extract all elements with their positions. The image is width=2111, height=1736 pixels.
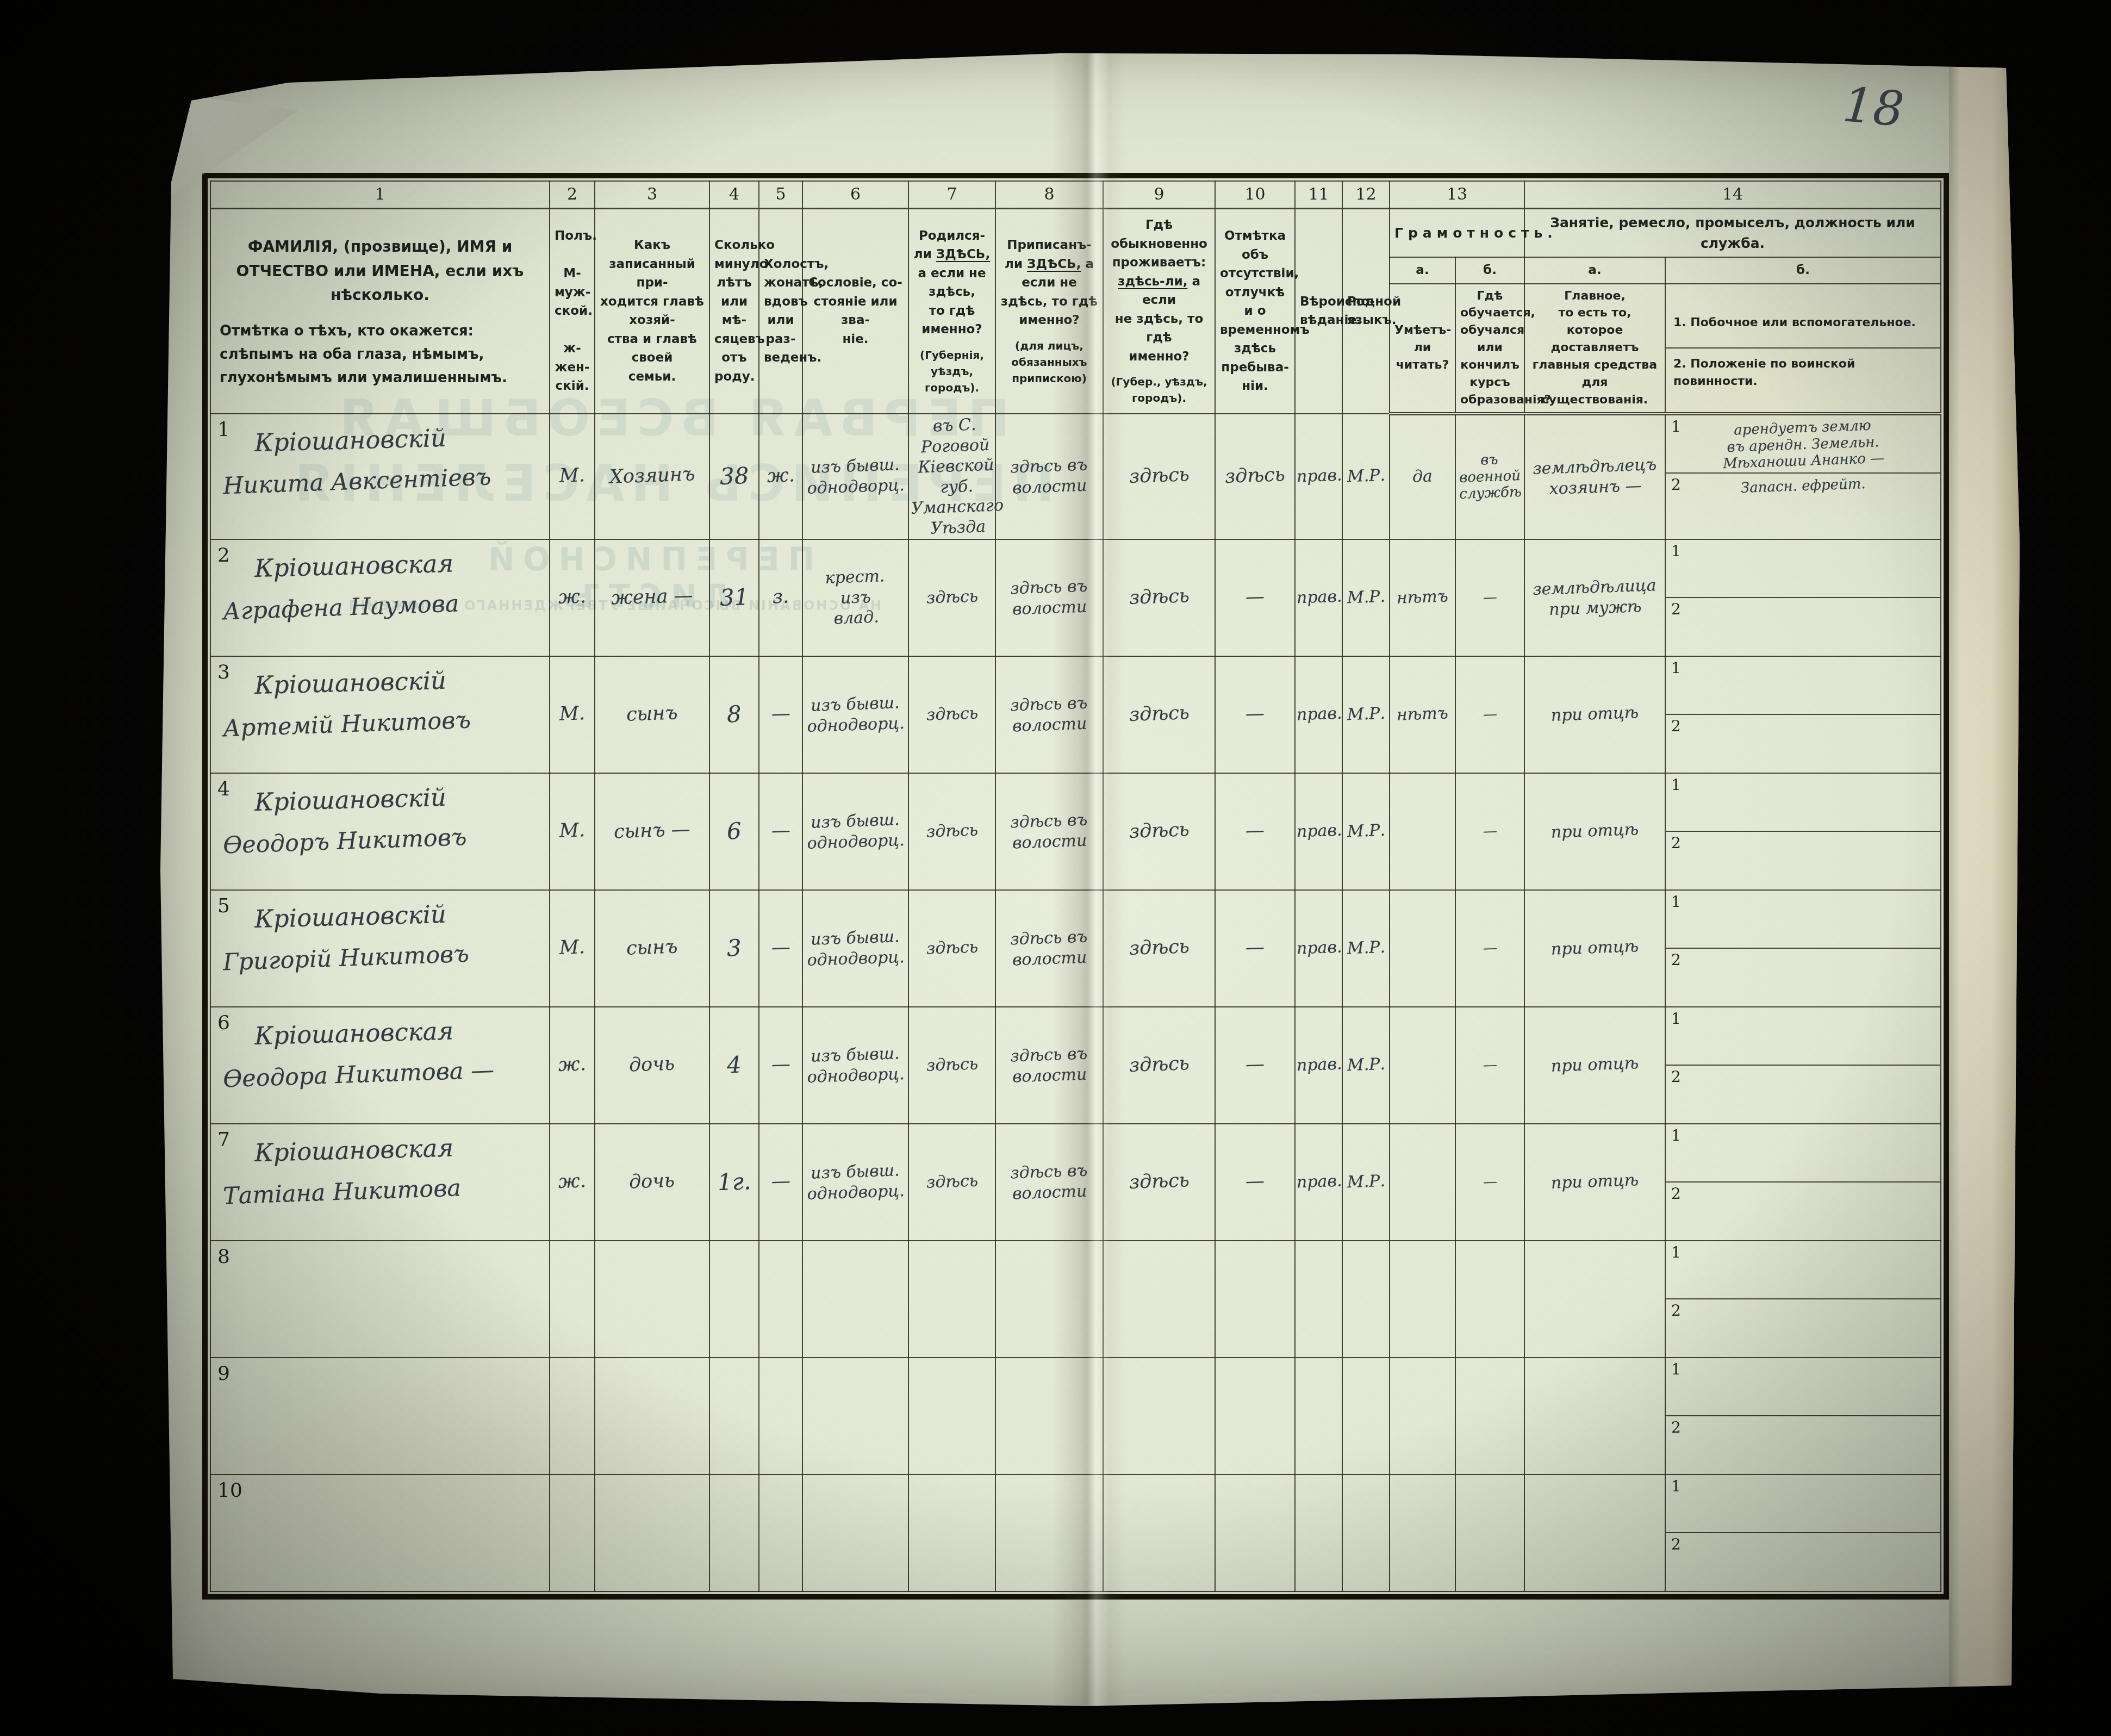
subheader-b: б. <box>1665 257 1941 284</box>
birthplace-cell: здѣсь <box>908 656 995 773</box>
given-name: Ѳеодоръ Никитовъ <box>222 820 549 861</box>
birthplace-cell: въ С. Роговой Кіевской губ. Уманскаго Уѣ… <box>908 414 995 539</box>
subrow-number: 1 <box>1671 893 1681 911</box>
surname <box>254 1247 548 1255</box>
given-name: Григорій Никитовъ <box>222 937 549 978</box>
side-occupation-2: 2 <box>1666 1416 1940 1473</box>
estate-cell: крест. изъ влад. <box>802 539 908 656</box>
header-registered-paren: (для лицъ, обязанныхъ припискою) <box>1000 338 1098 387</box>
subrow-number: 1 <box>1671 659 1681 677</box>
registered-cell <box>995 1474 1103 1591</box>
subrow-number: 2 <box>1671 1535 1681 1553</box>
col-number: 12 <box>1342 181 1390 209</box>
age-cell <box>709 1358 759 1474</box>
relation-cell: дочь <box>595 1124 709 1241</box>
education-cell: — <box>1455 890 1524 1007</box>
sex-cell <box>550 1474 595 1591</box>
registered-cell: здѣсь въ волости <box>995 1124 1103 1241</box>
age-cell: 4 <box>709 1007 759 1124</box>
literacy-cell <box>1390 1358 1455 1474</box>
given-name <box>223 1248 548 1260</box>
header-residence-underlined: здѣсь-ли, <box>1118 275 1187 289</box>
religion-cell: прав. <box>1295 1124 1342 1241</box>
census-sheet: ПЕРВАЯ ВСЕОБЩАЯ ПЕРЕПИСЬ НАСЕЛЕНІЯ ПЕРЕП… <box>155 49 2028 1715</box>
row-number: 1 <box>217 419 230 441</box>
side-occupation-1: 1арендуетъ землю въ арендн. Земельн. Мѣх… <box>1666 415 1940 474</box>
subrow-number: 2 <box>1671 476 1681 494</box>
occupation-main-cell <box>1524 1241 1665 1358</box>
given-name: Ѳеодора Никитова — <box>222 1054 549 1095</box>
literacy-cell <box>1390 773 1455 890</box>
header-literacy-group: Грамотность. <box>1390 209 1524 258</box>
sex-cell: ж. <box>550 1124 595 1241</box>
literacy-cell: да <box>1390 414 1455 539</box>
column-headers-row: ФАМИЛІЯ, (прозвище), ИМЯ и ОТЧЕСТВО или … <box>210 209 1941 258</box>
marital-cell: — <box>759 656 802 773</box>
education-cell: — <box>1455 773 1524 890</box>
subrow-number: 2 <box>1671 951 1681 969</box>
given-name: Аграфена Наумова <box>222 587 549 627</box>
census-row: 1КріошановскійНикита Авксентіевъ М. Хозя… <box>210 414 1941 539</box>
registered-cell <box>995 1241 1103 1358</box>
language-cell: М.Р. <box>1342 1124 1390 1241</box>
header-occupation-main: Главное, то есть то, которое доставляетъ… <box>1524 284 1665 414</box>
census-row: 5КріошановскійГригорій Никитовъ М. сынъ … <box>210 890 1941 1007</box>
header-religion: Вѣроиспо- вѣданіе. <box>1295 209 1342 414</box>
education-cell: — <box>1455 1124 1524 1241</box>
residence-cell: здѣсь <box>1103 890 1215 1007</box>
column-numbers-row: 1 2 3 4 5 6 7 8 9 10 11 12 13 14 <box>210 181 1941 209</box>
occupation-side-cell: 1 2 <box>1665 1124 1941 1241</box>
underlying-page-edge <box>1949 66 2026 1689</box>
relation-cell: дочь <box>595 1007 709 1124</box>
absence-cell: — <box>1215 890 1295 1007</box>
header-absence: Отмѣтка объ отсутствіи, отлучкѣ и о врем… <box>1215 209 1295 414</box>
subrow-number: 1 <box>1671 1010 1681 1028</box>
residence-cell: здѣсь <box>1103 1007 1215 1124</box>
header-age: Сколько минуло лѣтъ или мѣ- сяцевъ отъ р… <box>709 209 759 414</box>
estate-cell: изъ бывш. однодворц. <box>802 1007 908 1124</box>
header-name-note: Отмѣтка о тѣхъ, кто окажется: слѣпымъ на… <box>220 320 540 390</box>
col-number: 11 <box>1295 181 1342 209</box>
header-birthplace: Родился-ли ЗДѢСЬ, а если не здѣсь, то гд… <box>908 209 995 414</box>
registered-cell: здѣсь въ волости <box>995 539 1103 656</box>
estate-cell: изъ бывш. однодворц. <box>802 1124 908 1241</box>
subrow-number: 1 <box>1671 418 1681 435</box>
language-cell <box>1342 1241 1390 1358</box>
sex-cell: ж. <box>550 539 595 656</box>
header-residence-paren: (Губер., уѣздъ, городъ). <box>1108 374 1210 406</box>
header-registered-underlined: ЗДѢСЬ, <box>1027 257 1081 271</box>
occupation-main-cell: при отцѣ <box>1524 890 1665 1007</box>
relation-cell: сынъ — <box>595 773 709 890</box>
row-number: 9 <box>217 1362 230 1385</box>
birthplace-cell <box>908 1358 995 1474</box>
estate-cell: изъ бывш. однодворц. <box>802 890 908 1007</box>
estate-cell <box>802 1358 908 1474</box>
occupation-main-cell: землѣдѣлица при мужѣ <box>1524 539 1665 656</box>
occupation-main-cell <box>1524 1474 1665 1591</box>
absence-cell: — <box>1215 539 1295 656</box>
side-occupation-1: 1 <box>1666 657 1940 715</box>
residence-cell <box>1103 1474 1215 1591</box>
education-cell: — <box>1455 656 1524 773</box>
absence-cell: — <box>1215 656 1295 773</box>
side-occupation-1: 1 <box>1666 891 1940 949</box>
col-number: 6 <box>802 181 908 209</box>
side-occupation-2: 2 <box>1666 832 1940 889</box>
occupation-main-cell: землѣдѣлецъ хозяинъ — <box>1524 414 1665 539</box>
header-name-main: ФАМИЛІЯ, (прозвище), ИМЯ и ОТЧЕСТВО или … <box>219 235 541 308</box>
subrow-number: 2 <box>1671 1185 1681 1203</box>
subrow-number: 2 <box>1671 834 1681 852</box>
name-cell: 1КріошановскійНикита Авксентіевъ <box>210 414 550 539</box>
name-cell: 7КріошановскаяТатіана Никитова <box>210 1124 550 1241</box>
occupation-main-cell: при отцѣ <box>1524 656 1665 773</box>
relation-cell <box>595 1474 709 1591</box>
given-name <box>223 1482 548 1494</box>
surname: Кріошановская <box>254 1013 548 1051</box>
residence-cell: здѣсь <box>1103 1124 1215 1241</box>
name-cell: 3КріошановскійАртемій Никитовъ <box>210 656 550 773</box>
religion-cell <box>1295 1241 1342 1358</box>
birthplace-cell: здѣсь <box>908 1124 995 1241</box>
row-number: 10 <box>217 1479 242 1502</box>
header-birthplace-underlined: ЗДѢСЬ, <box>936 247 990 262</box>
absence-cell: здѣсь <box>1215 414 1295 539</box>
literacy-cell: нѣтъ <box>1390 656 1455 773</box>
education-cell <box>1455 1474 1524 1591</box>
side-occupation-2: 2 <box>1666 1533 1940 1590</box>
col-number: 1 <box>210 181 550 209</box>
row-number: 5 <box>217 895 230 917</box>
given-name: Никита Авксентіевъ <box>222 461 549 502</box>
religion-cell: прав. <box>1295 414 1342 539</box>
literacy-cell: нѣтъ <box>1390 539 1455 656</box>
registered-cell: здѣсь въ волости <box>995 890 1103 1007</box>
header-estate: Сословіе, со- стояніе или зва- ніе. <box>802 209 908 414</box>
relation-cell: сынъ <box>595 890 709 1007</box>
surname: Кріошановскій <box>254 663 548 701</box>
header-occupation-group: Занятіе, ремесло, промыселъ, должность и… <box>1524 209 1941 258</box>
marital-cell <box>759 1358 802 1474</box>
surname: Кріошановскій <box>254 780 548 818</box>
occupation-main-cell <box>1524 1358 1665 1474</box>
occupation-side-cell: 1 2 <box>1665 773 1941 890</box>
relation-cell <box>595 1358 709 1474</box>
age-cell: 1г. <box>709 1124 759 1241</box>
residence-cell <box>1103 1358 1215 1474</box>
side-occupation-1: 1 <box>1666 1358 1940 1416</box>
name-cell: 4КріошановскійѲеодоръ Никитовъ <box>210 773 550 890</box>
subrow-number: 1 <box>1671 1243 1681 1261</box>
row-number: 6 <box>217 1012 230 1034</box>
age-cell <box>709 1474 759 1591</box>
education-cell <box>1455 1358 1524 1474</box>
religion-cell: прав. <box>1295 539 1342 656</box>
header-registered: Приписанъ-ли ЗДѢСЬ, а если не здѣсь, то … <box>995 209 1103 414</box>
side-occupation-1: 1 <box>1666 1007 1940 1066</box>
col-number: 2 <box>550 181 595 209</box>
occupation-side-cell: 1 2 <box>1665 539 1941 656</box>
relation-cell: жена — <box>595 539 709 656</box>
religion-cell <box>1295 1474 1342 1591</box>
registered-cell: здѣсь въ волости <box>995 414 1103 539</box>
sex-cell: ж. <box>550 1007 595 1124</box>
subrow-number: 1 <box>1671 1477 1681 1495</box>
col-number: 4 <box>709 181 759 209</box>
subrow-number: 2 <box>1671 600 1681 618</box>
absence-cell <box>1215 1358 1295 1474</box>
age-cell: 3 <box>709 890 759 1007</box>
header-birthplace-text: а если не здѣсь, то гдѣ именно? <box>918 266 986 337</box>
side-occupation-1: 1 <box>1666 774 1940 832</box>
registered-cell: здѣсь въ волости <box>995 773 1103 890</box>
marital-cell <box>759 1241 802 1358</box>
residence-cell: здѣсь <box>1103 539 1215 656</box>
religion-cell: прав. <box>1295 773 1342 890</box>
given-name <box>223 1365 548 1377</box>
subrow-number: 2 <box>1671 717 1681 735</box>
census-row: 6КріошановскаяѲеодора Никитова — ж. дочь… <box>210 1007 1941 1124</box>
side-occupation-1: 1 <box>1666 1124 1940 1183</box>
registered-cell: здѣсь въ волости <box>995 656 1103 773</box>
relation-cell: сынъ <box>595 656 709 773</box>
census-row: 9 <box>210 1358 1941 1474</box>
census-grid: 1 2 3 4 5 6 7 8 9 10 11 12 13 14 <box>210 181 1941 1592</box>
absence-cell: — <box>1215 773 1295 890</box>
occupation-side-cell: 1 2 <box>1665 656 1941 773</box>
marital-cell: — <box>759 1007 802 1124</box>
census-row: 4КріошановскійѲеодоръ Никитовъ М. сынъ —… <box>210 773 1941 890</box>
subrow-number: 2 <box>1671 1418 1681 1436</box>
education-cell: въ военной службѣ <box>1455 414 1524 539</box>
language-cell: М.Р. <box>1342 414 1390 539</box>
col-number: 7 <box>908 181 995 209</box>
education-cell: — <box>1455 1007 1524 1124</box>
residence-cell: здѣсь <box>1103 656 1215 773</box>
subheader-a: а. <box>1524 257 1665 284</box>
religion-cell: прав. <box>1295 1007 1342 1124</box>
header-birthplace-paren: (Губернія, уѣздъ, городъ). <box>913 347 991 396</box>
literacy-cell <box>1390 1124 1455 1241</box>
language-cell: М.Р. <box>1342 1007 1390 1124</box>
surname: Кріошановская <box>254 1130 548 1168</box>
sex-cell: М. <box>550 656 595 773</box>
census-row: 2КріошановскаяАграфена Наумова ж. жена —… <box>210 539 1941 656</box>
occupation-side-cell: 1 2 <box>1665 1474 1941 1591</box>
occupation-main-cell: при отцѣ <box>1524 773 1665 890</box>
estate-cell <box>802 1474 908 1591</box>
birthplace-cell <box>908 1241 995 1358</box>
relation-cell: Хозяинъ <box>595 414 709 539</box>
side-occupation-2: 2 <box>1666 598 1940 655</box>
residence-cell: здѣсь <box>1103 773 1215 890</box>
absence-cell: — <box>1215 1124 1295 1241</box>
census-row: 3КріошановскійАртемій Никитовъ М. сынъ 8… <box>210 656 1941 773</box>
education-cell <box>1455 1241 1524 1358</box>
header-relation: Какъ записанный при- ходится главѣ хозяй… <box>595 209 709 414</box>
residence-cell: здѣсь <box>1103 414 1215 539</box>
absence-cell <box>1215 1241 1295 1358</box>
literacy-cell <box>1390 1007 1455 1124</box>
subrow-number: 1 <box>1671 1360 1681 1378</box>
estate-cell <box>802 1241 908 1358</box>
absence-cell <box>1215 1474 1295 1591</box>
birthplace-cell: здѣсь <box>908 539 995 656</box>
relation-cell <box>595 1241 709 1358</box>
surname <box>254 1364 548 1372</box>
col-number: 10 <box>1215 181 1295 209</box>
age-cell: 8 <box>709 656 759 773</box>
census-row: 7КріошановскаяТатіана Никитова ж. дочь 1… <box>210 1124 1941 1241</box>
estate-cell: изъ бывш. однодворц. <box>802 656 908 773</box>
surname: Кріошановская <box>254 546 548 584</box>
registered-cell <box>995 1358 1103 1474</box>
side-occupation-2: 2 <box>1666 715 1940 772</box>
row-number: 3 <box>217 661 230 683</box>
name-cell: 8 <box>210 1241 550 1358</box>
birthplace-cell: здѣсь <box>908 773 995 890</box>
row-number: 7 <box>217 1129 230 1151</box>
occupation-side-cell: 1 2 <box>1665 1358 1941 1474</box>
side-occupation-1: 1 <box>1666 1241 1940 1299</box>
subheader-b: б. <box>1455 257 1524 284</box>
header-name: ФАМИЛІЯ, (прозвище), ИМЯ и ОТЧЕСТВО или … <box>210 209 550 414</box>
birthplace-cell: здѣсь <box>908 890 995 1007</box>
col-number: 5 <box>759 181 802 209</box>
birthplace-cell <box>908 1474 995 1591</box>
col-number: 8 <box>995 181 1103 209</box>
occupation-main-cell: при отцѣ <box>1524 1124 1665 1241</box>
marital-cell <box>759 1474 802 1591</box>
col-number: 3 <box>595 181 709 209</box>
subrow-number: 2 <box>1671 1068 1681 1086</box>
estate-cell: изъ бывш. однодворц. <box>802 414 908 539</box>
age-cell: 6 <box>709 773 759 890</box>
side-occupation-2: 2 <box>1666 1299 1940 1357</box>
sex-cell: М. <box>550 414 595 539</box>
header-language: Родной языкъ. <box>1342 209 1390 414</box>
education-cell: — <box>1455 539 1524 656</box>
marital-cell: ж. <box>759 414 802 539</box>
side-occupation-2: 2Запасн. ефрейт. <box>1666 474 1940 531</box>
surname <box>254 1481 548 1489</box>
name-cell: 6КріошановскаяѲеодора Никитова — <box>210 1007 550 1124</box>
occupation-side-cell: 1 2 <box>1665 1241 1941 1358</box>
header-residence-text: Гдѣ обыкновенно проживаетъ: <box>1111 218 1207 270</box>
religion-cell: прав. <box>1295 890 1342 1007</box>
photo-background: ПЕРВАЯ ВСЕОБЩАЯ ПЕРЕПИСЬ НАСЕЛЕНІЯ ПЕРЕП… <box>0 0 2111 1736</box>
estate-cell: изъ бывш. однодворц. <box>802 773 908 890</box>
language-cell <box>1342 1474 1390 1591</box>
row-number: 4 <box>217 778 230 800</box>
surname: Кріошановскій <box>254 897 548 935</box>
row-number: 2 <box>217 544 230 567</box>
header-occupation-side: 1. Побочное или вспомогательное. 2. Поло… <box>1665 284 1941 414</box>
religion-cell <box>1295 1358 1342 1474</box>
name-cell: 10 <box>210 1474 550 1591</box>
literacy-cell <box>1390 1474 1455 1591</box>
occupation-side-cell: 1 2 <box>1665 1007 1941 1124</box>
language-cell: М.Р. <box>1342 656 1390 773</box>
subrow-number: 1 <box>1671 542 1681 560</box>
surname: Кріошановскій <box>254 420 548 458</box>
literacy-cell <box>1390 890 1455 1007</box>
marital-cell: — <box>759 1124 802 1241</box>
name-cell: 2КріошановскаяАграфена Наумова <box>210 539 550 656</box>
age-cell <box>709 1241 759 1358</box>
side-occupation-1: 1 <box>1666 540 1940 598</box>
side-occupation-2: 2 <box>1666 949 1940 1006</box>
col-number: 13 <box>1390 181 1524 209</box>
birthplace-cell: здѣсь <box>908 1007 995 1124</box>
census-table: 1 2 3 4 5 6 7 8 9 10 11 12 13 14 <box>202 173 1949 1600</box>
header-occupation-side-1: 1. Побочное или вспомогательное. <box>1666 298 1940 349</box>
sex-cell <box>550 1241 595 1358</box>
sex-cell <box>550 1358 595 1474</box>
name-cell: 9 <box>210 1358 550 1474</box>
sex-cell: М. <box>550 890 595 1007</box>
col-number: 14 <box>1524 181 1941 209</box>
name-cell: 5КріошановскійГригорій Никитовъ <box>210 890 550 1007</box>
marital-cell: — <box>759 773 802 890</box>
marital-cell: з. <box>759 539 802 656</box>
subheader-a: а. <box>1390 257 1455 284</box>
marital-cell: — <box>759 890 802 1007</box>
occupation-side-cell: 1арендуетъ землю въ арендн. Земельн. Мѣх… <box>1665 414 1941 539</box>
side-occupation-1: 1 <box>1666 1475 1940 1533</box>
absence-cell: — <box>1215 1007 1295 1124</box>
header-residence: Гдѣ обыкновенно проживаетъ: здѣсь-ли, а … <box>1103 209 1215 414</box>
age-cell: 38 <box>709 414 759 539</box>
occupation-main-cell: при отцѣ <box>1524 1007 1665 1124</box>
literacy-cell <box>1390 1241 1455 1358</box>
side-occupation-2: 2 <box>1666 1066 1940 1123</box>
language-cell: М.Р. <box>1342 890 1390 1007</box>
language-cell: М.Р. <box>1342 539 1390 656</box>
language-cell <box>1342 1358 1390 1474</box>
subrow-number: 1 <box>1671 776 1681 794</box>
subrow-number: 1 <box>1671 1127 1681 1144</box>
page-number: 18 <box>1841 76 1907 137</box>
header-sex: Полъ. М-муж- ской. ж-жен- скій. <box>550 209 595 414</box>
col-number: 9 <box>1103 181 1215 209</box>
language-cell: М.Р. <box>1342 773 1390 890</box>
given-name: Татіана Никитова <box>222 1171 549 1212</box>
given-name: Артемій Никитовъ <box>222 704 549 744</box>
subrow-number: 2 <box>1671 1302 1681 1320</box>
sex-cell: М. <box>550 773 595 890</box>
header-education: Гдѣ обучается, обучался или кончилъ курс… <box>1455 284 1524 414</box>
census-row: 10 <box>210 1474 1941 1591</box>
header-occupation-side-2: 2. Положеніе по воинской повинности. <box>1666 349 1940 397</box>
residence-cell <box>1103 1241 1215 1358</box>
registered-cell: здѣсь въ волости <box>995 1007 1103 1124</box>
side-occupation-2: 2 <box>1666 1183 1940 1240</box>
age-cell: 31 <box>709 539 759 656</box>
row-number: 8 <box>217 1246 230 1268</box>
religion-cell: прав. <box>1295 656 1342 773</box>
occupation-side-cell: 1 2 <box>1665 890 1941 1007</box>
census-row: 8 <box>210 1241 1941 1358</box>
